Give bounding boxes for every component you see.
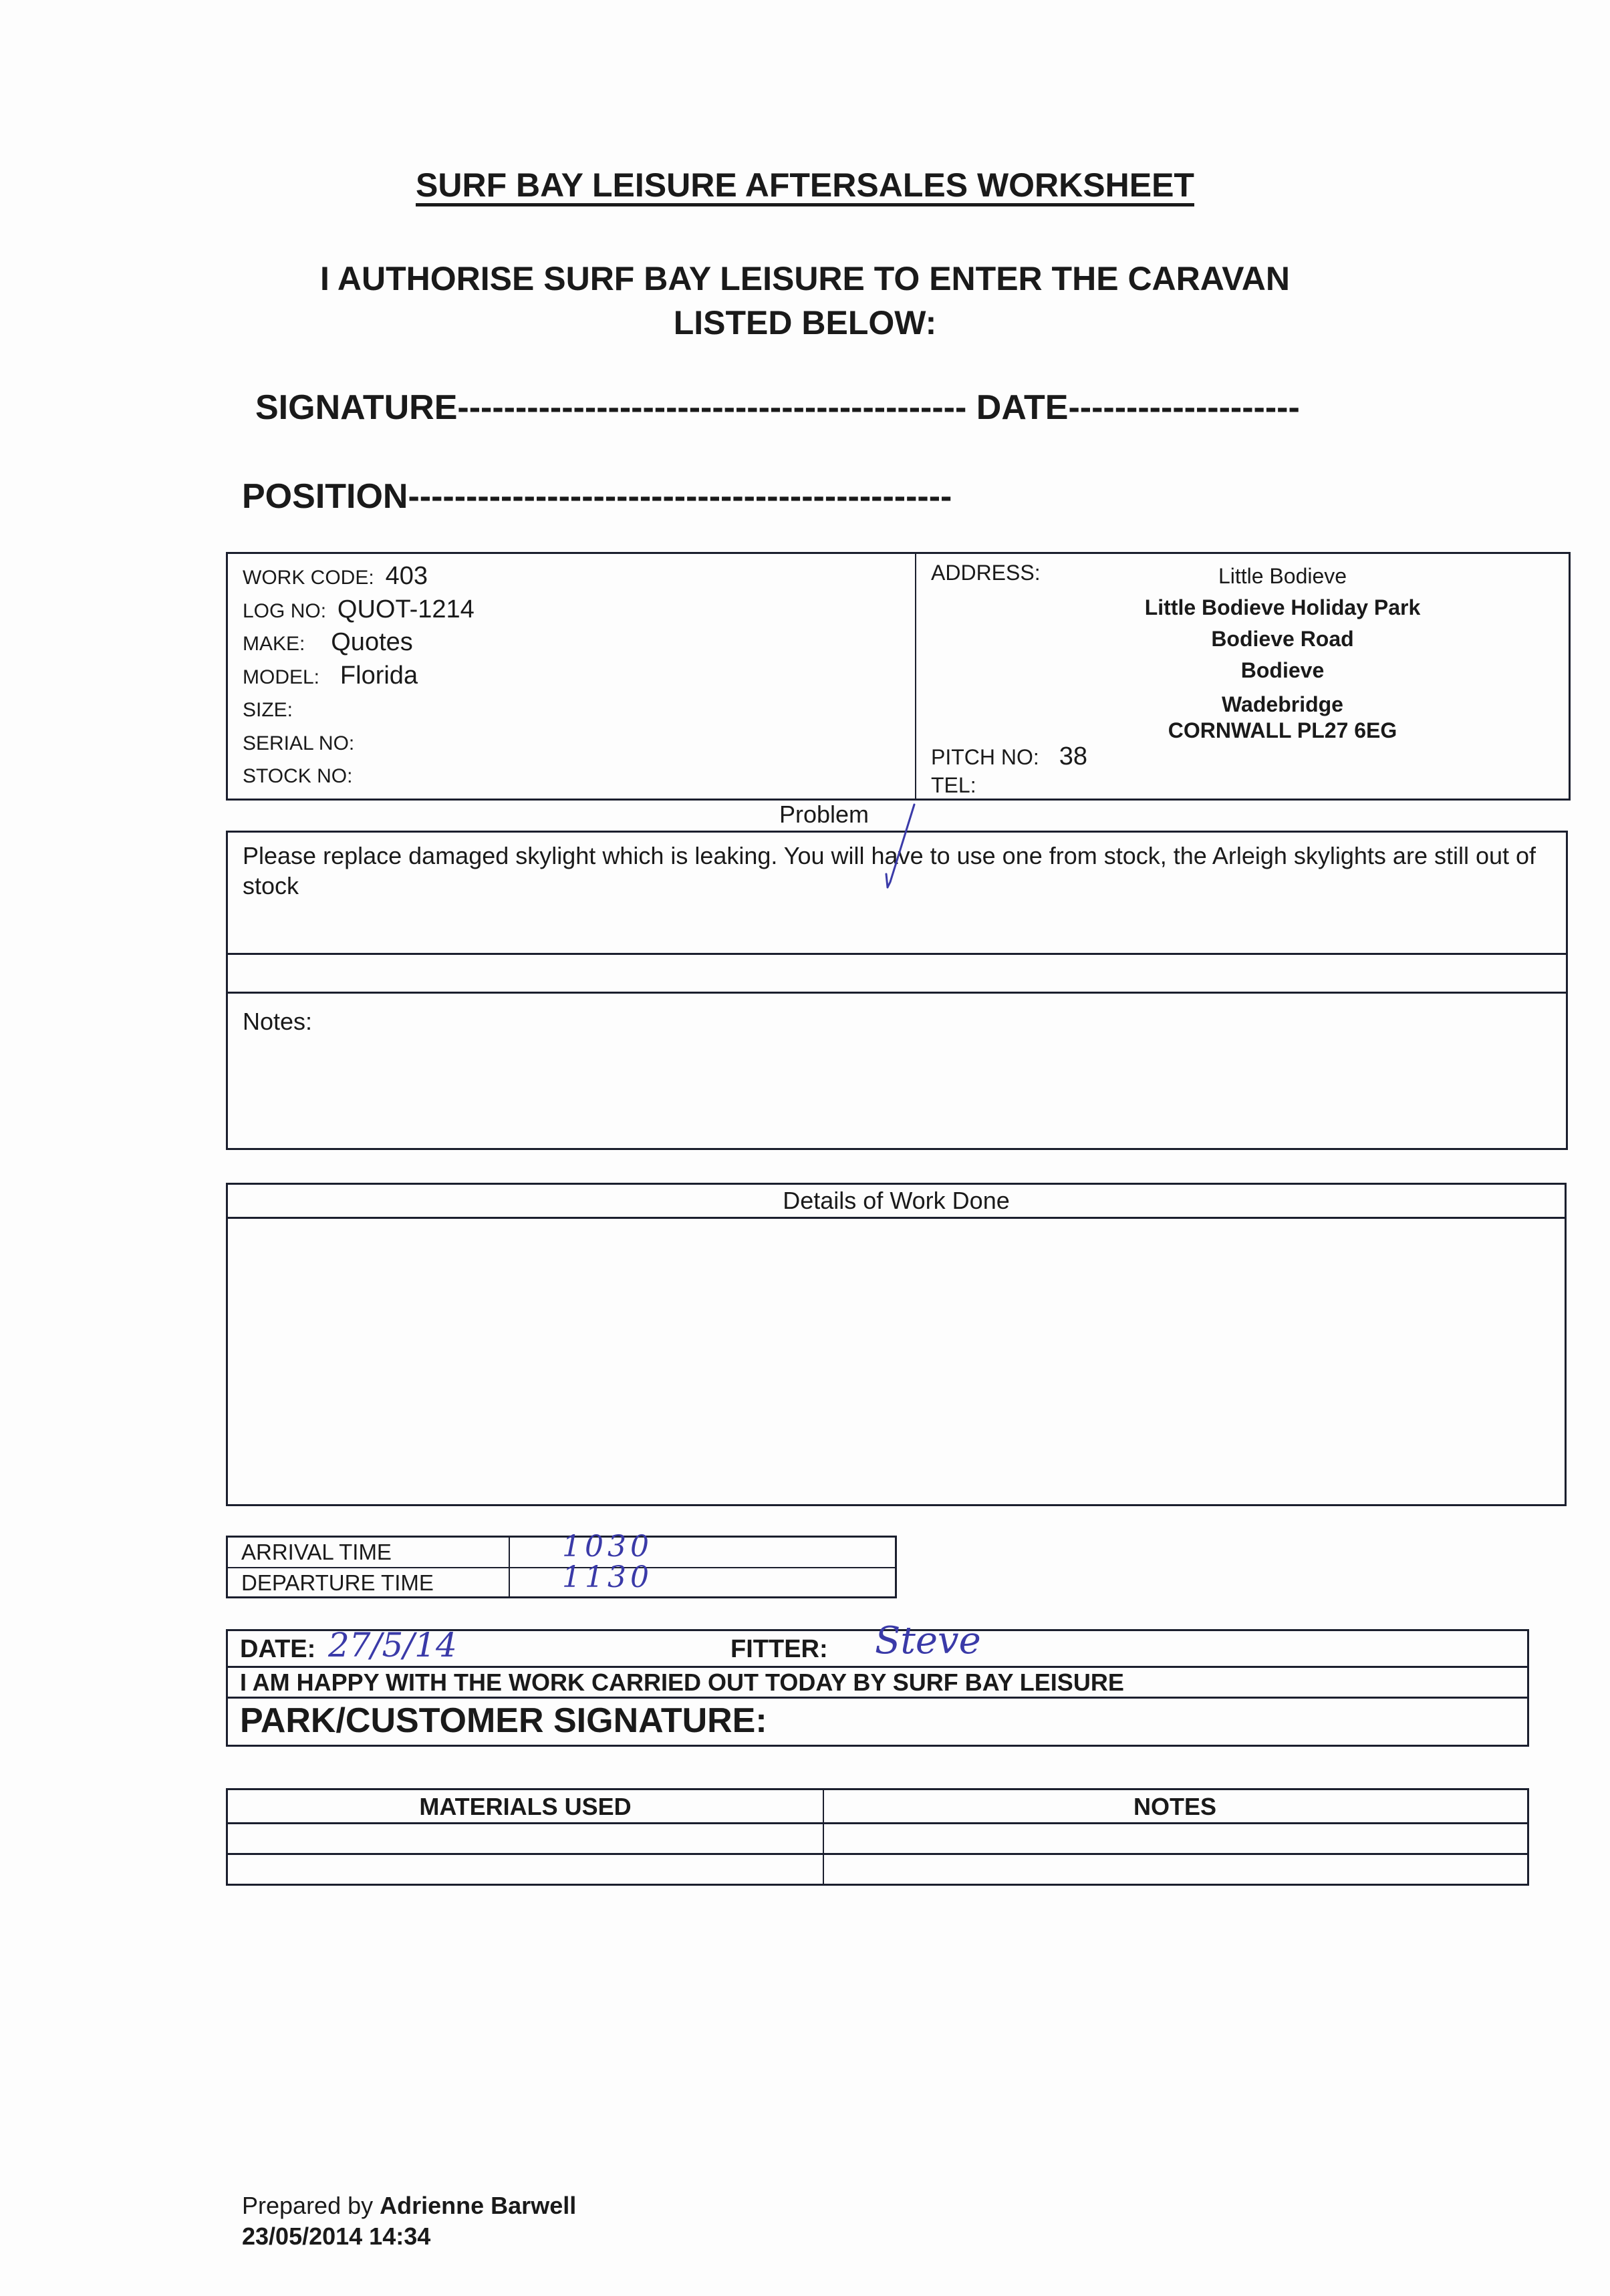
address-lines: Little Bodieve Little Bodieve Holiday Pa… <box>916 561 1569 746</box>
serial-no-row: SERIAL NO: <box>243 726 915 760</box>
work-done-caption: Details of Work Done <box>228 1185 1565 1219</box>
position-label: POSITION <box>242 477 408 516</box>
address-line: Bodieve <box>996 655 1569 686</box>
vehicle-fields: WORK CODE: 403 LOG NO: QUOT-1214 MAKE: Q… <box>228 554 916 799</box>
departure-time-label: DEPARTURE TIME <box>241 1568 434 1598</box>
handwritten-tick-icon <box>849 802 949 895</box>
authorisation-signature-line[interactable]: SIGNATURE-------------------------------… <box>255 388 1300 428</box>
date-label: DATE <box>976 388 1069 427</box>
log-no-value: QUOT-1214 <box>338 595 475 623</box>
arrival-time-value[interactable]: 1030 <box>562 1532 653 1562</box>
work-code-row: WORK CODE: 403 <box>243 561 915 594</box>
date-fitter-row: DATE: 27/5/14 FITTER: Steve <box>228 1631 1527 1668</box>
vehicle-details-box: WORK CODE: 403 LOG NO: QUOT-1214 MAKE: Q… <box>226 552 1571 801</box>
model-value: Florida <box>340 662 418 690</box>
prepared-by: Prepared by Adrienne Barwell 23/05/2014 … <box>242 2190 576 2252</box>
make-row: MAKE: Quotes <box>243 627 915 660</box>
signoff-date-label: DATE: <box>240 1635 315 1664</box>
stock-no-row: STOCK NO: <box>243 759 915 793</box>
notes-label: Notes: <box>243 1008 312 1036</box>
times-table: ARRIVAL TIME 1030 DEPARTURE TIME 1130 <box>226 1536 897 1598</box>
worksheet-title: SURF BAY LEISURE AFTERSALES WORKSHEET <box>0 166 1610 204</box>
address-line: Little Bodieve Holiday Park <box>996 592 1569 623</box>
position-line[interactable]: POSITION--------------------------------… <box>242 476 952 517</box>
authorisation-line-1: I AUTHORISE SURF BAY LEISURE TO ENTER TH… <box>0 257 1610 301</box>
work-done-box[interactable]: Details of Work Done <box>226 1183 1567 1506</box>
prepared-by-label: Prepared by <box>242 2192 373 2219</box>
log-no-row: LOG NO: QUOT-1214 <box>243 594 915 627</box>
arrival-time-label: ARRIVAL TIME <box>241 1538 392 1567</box>
signature-label: SIGNATURE <box>255 388 457 427</box>
materials-table: MATERIALS USED NOTES <box>226 1788 1529 1886</box>
address-line: Little Bodieve <box>996 561 1569 592</box>
table-row[interactable] <box>228 1853 1527 1855</box>
make-value: Quotes <box>331 628 413 656</box>
notes-header: NOTES <box>823 1790 1527 1822</box>
signoff-box: DATE: 27/5/14 FITTER: Steve I AM HAPPY W… <box>226 1629 1529 1747</box>
materials-used-header: MATERIALS USED <box>228 1790 823 1822</box>
departure-time-value[interactable]: 1130 <box>562 1563 653 1592</box>
table-row[interactable] <box>228 1822 1527 1824</box>
fitter-value[interactable]: Steve <box>875 1619 981 1663</box>
pitch-no-row: PITCH NO:38 <box>931 742 1087 771</box>
satisfaction-row: I AM HAPPY WITH THE WORK CARRIED OUT TOD… <box>228 1666 1527 1699</box>
authorisation-line-2: LISTED BELOW: <box>0 301 1610 345</box>
authorisation-statement: I AUTHORISE SURF BAY LEISURE TO ENTER TH… <box>0 257 1610 345</box>
date-field[interactable]: -------------------- <box>1068 388 1299 427</box>
address-panel: ADDRESS: Little Bodieve Little Bodieve H… <box>916 554 1569 799</box>
fitter-label: FITTER: <box>730 1635 828 1664</box>
address-line: Bodieve Road <box>996 623 1569 655</box>
pitch-no-value: 38 <box>1059 742 1087 770</box>
divider <box>228 953 1566 955</box>
size-row: SIZE: <box>243 693 915 726</box>
divider <box>228 992 1566 994</box>
satisfaction-statement: I AM HAPPY WITH THE WORK CARRIED OUT TOD… <box>240 1669 1124 1697</box>
arrival-time-row: ARRIVAL TIME 1030 <box>228 1538 895 1567</box>
problem-caption: Problem <box>226 801 1422 829</box>
prepared-timestamp: 23/05/2014 14:34 <box>242 2221 576 2252</box>
model-row: MODEL: Florida <box>243 660 915 694</box>
signature-field[interactable]: ----------------------------------------… <box>457 388 966 427</box>
customer-signature-label: PARK/CUSTOMER SIGNATURE: <box>240 1701 767 1741</box>
address-line: CORNWALL PL27 6EG <box>996 715 1569 746</box>
prepared-by-name: Adrienne Barwell <box>380 2192 576 2219</box>
signoff-date-value[interactable]: 27/5/14 <box>328 1626 457 1665</box>
tel-row: TEL: <box>931 773 976 798</box>
work-code-value: 403 <box>386 562 428 590</box>
position-field[interactable]: ----------------------------------------… <box>408 477 952 516</box>
departure-time-row: DEPARTURE TIME 1130 <box>228 1568 895 1598</box>
